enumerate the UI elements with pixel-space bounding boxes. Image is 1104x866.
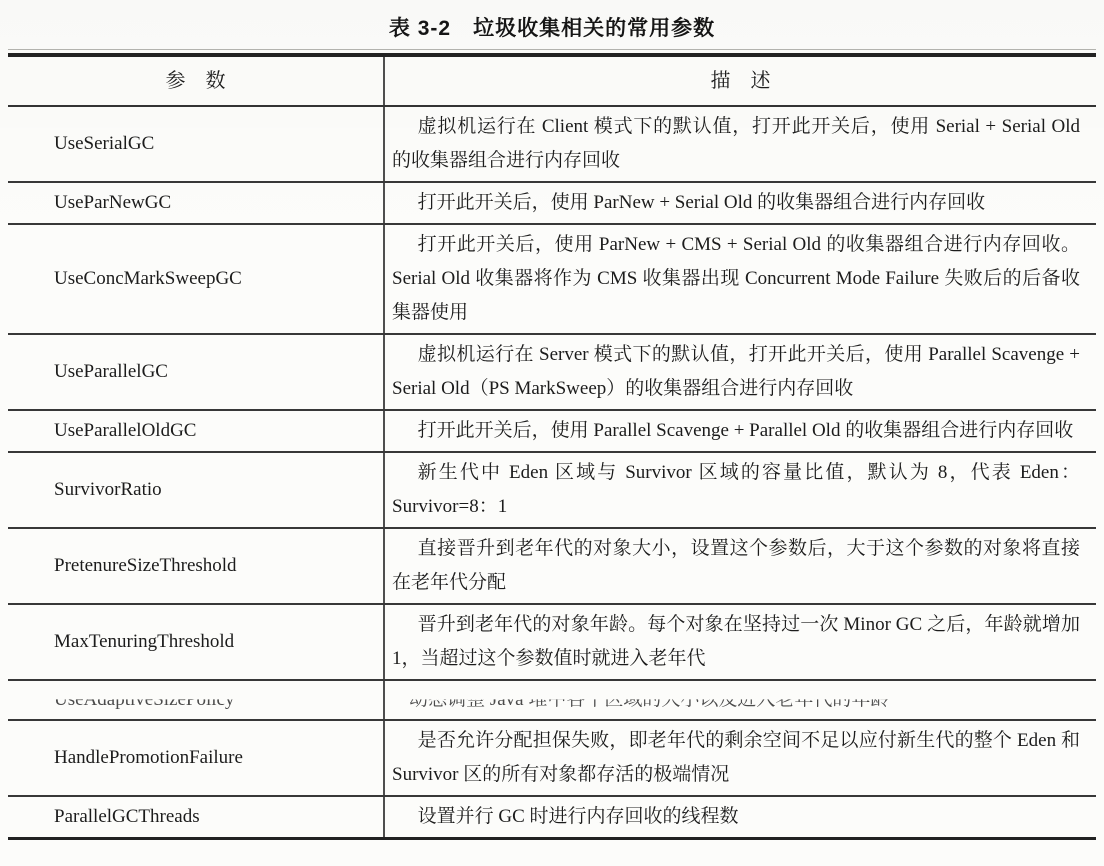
table-row: UseConcMarkSweepGC打开此开关后，使用 ParNew + CMS… [8,225,1096,335]
desc-text: 打开此开关后，使用 Parallel Scavenge + Parallel O… [392,414,1080,448]
table-row: UseAdaptiveSizePolicy动态调整 Java 堆中各个区域的大小… [8,681,1096,721]
desc-cell: 设置并行 GC 时进行内存回收的线程数 [385,797,1096,837]
desc-text: 是否允许分配担保失败，即老年代的剩余空间不足以应付新生代的整个 Eden 和 S… [392,724,1080,792]
desc-cell: 晋升到老年代的对象年龄。每个对象在坚持过一次 Minor GC 之后，年龄就增加… [385,605,1096,679]
param-cell: UseParallelOldGC [8,411,385,451]
param-cell: UseConcMarkSweepGC [8,225,385,333]
desc-cell: 打开此开关后，使用 ParNew + CMS + Serial Old 的收集器… [385,225,1096,333]
param-cell: UseParallelGC [8,335,385,409]
param-cell: UseAdaptiveSizePolicy [8,681,385,719]
param-cell: UseParNewGC [8,183,385,223]
param-cell: HandlePromotionFailure [8,721,385,795]
param-name: UseParallelGC [54,357,168,387]
desc-cell: 是否允许分配担保失败，即老年代的剩余空间不足以应付新生代的整个 Eden 和 S… [385,721,1096,795]
param-name: ParallelGCThreads [54,802,200,832]
column-header-desc: 描 述 [385,57,1096,105]
table-title: 表 3-2 垃圾收集相关的常用参数 [8,8,1096,53]
table-row: HandlePromotionFailure是否允许分配担保失败，即老年代的剩余… [8,721,1096,797]
desc-text: 动态调整 Java 堆中各个区域的大小以及进入老年代的年龄 [392,683,889,717]
desc-text: 直接晋升到老年代的对象大小，设置这个参数后，大于这个参数的对象将直接在老年代分配 [392,532,1080,600]
param-name: UseParallelOldGC [54,416,196,446]
table-header-row: 参 数 描 述 [8,57,1096,107]
param-name: UseSerialGC [54,129,154,159]
column-header-param: 参 数 [8,57,385,105]
param-name: UseParNewGC [54,188,171,218]
desc-text: 晋升到老年代的对象年龄。每个对象在坚持过一次 Minor GC 之后，年龄就增加… [392,608,1080,676]
desc-text: 虚拟机运行在 Server 模式下的默认值，打开此开关后，使用 Parallel… [392,338,1080,406]
desc-text: 虚拟机运行在 Client 模式下的默认值，打开此开关后，使用 Serial +… [392,110,1080,178]
param-name: UseConcMarkSweepGC [54,264,242,294]
desc-cell: 新生代中 Eden 区域与 Survivor 区域的容量比值，默认为 8，代表 … [385,453,1096,527]
table-row: MaxTenuringThreshold晋升到老年代的对象年龄。每个对象在坚持过… [8,605,1096,681]
param-cell: SurvivorRatio [8,453,385,527]
gc-params-table: 参 数 描 述 UseSerialGC虚拟机运行在 Client 模式下的默认值… [8,53,1096,840]
desc-cell: 打开此开关后，使用 ParNew + Serial Old 的收集器组合进行内存… [385,183,1096,223]
table-body: UseSerialGC虚拟机运行在 Client 模式下的默认值，打开此开关后，… [8,107,1096,837]
desc-cell: 直接晋升到老年代的对象大小，设置这个参数后，大于这个参数的对象将直接在老年代分配 [385,529,1096,603]
scanned-book-page: 表 3-2 垃圾收集相关的常用参数 参 数 描 述 UseSerialGC虚拟机… [0,0,1104,866]
table-row: UseSerialGC虚拟机运行在 Client 模式下的默认值，打开此开关后，… [8,107,1096,183]
param-cell: ParallelGCThreads [8,797,385,837]
desc-cell: 虚拟机运行在 Client 模式下的默认值，打开此开关后，使用 Serial +… [385,107,1096,181]
desc-text: 设置并行 GC 时进行内存回收的线程数 [392,800,1080,834]
desc-cell: 虚拟机运行在 Server 模式下的默认值，打开此开关后，使用 Parallel… [385,335,1096,409]
param-cell: MaxTenuringThreshold [8,605,385,679]
param-cell: PretenureSizeThreshold [8,529,385,603]
param-name: UseAdaptiveSizePolicy [54,685,234,715]
table-row: UseParallelGC虚拟机运行在 Server 模式下的默认值，打开此开关… [8,335,1096,411]
desc-text: 新生代中 Eden 区域与 Survivor 区域的容量比值，默认为 8，代表 … [392,456,1080,524]
param-name: PretenureSizeThreshold [54,551,237,581]
desc-text: 打开此开关后，使用 ParNew + CMS + Serial Old 的收集器… [392,228,1080,330]
desc-text: 打开此开关后，使用 ParNew + Serial Old 的收集器组合进行内存… [392,186,1080,220]
table-row: ParallelGCThreads设置并行 GC 时进行内存回收的线程数 [8,797,1096,837]
param-name: HandlePromotionFailure [54,743,243,773]
param-name: MaxTenuringThreshold [54,627,234,657]
table-row: UseParNewGC打开此开关后，使用 ParNew + Serial Old… [8,183,1096,225]
desc-cell: 动态调整 Java 堆中各个区域的大小以及进入老年代的年龄 [385,681,1096,719]
table-row: UseParallelOldGC打开此开关后，使用 Parallel Scave… [8,411,1096,453]
table-row: PretenureSizeThreshold直接晋升到老年代的对象大小，设置这个… [8,529,1096,605]
desc-cell: 打开此开关后，使用 Parallel Scavenge + Parallel O… [385,411,1096,451]
param-cell: UseSerialGC [8,107,385,181]
table-row: SurvivorRatio新生代中 Eden 区域与 Survivor 区域的容… [8,453,1096,529]
param-name: SurvivorRatio [54,475,162,505]
